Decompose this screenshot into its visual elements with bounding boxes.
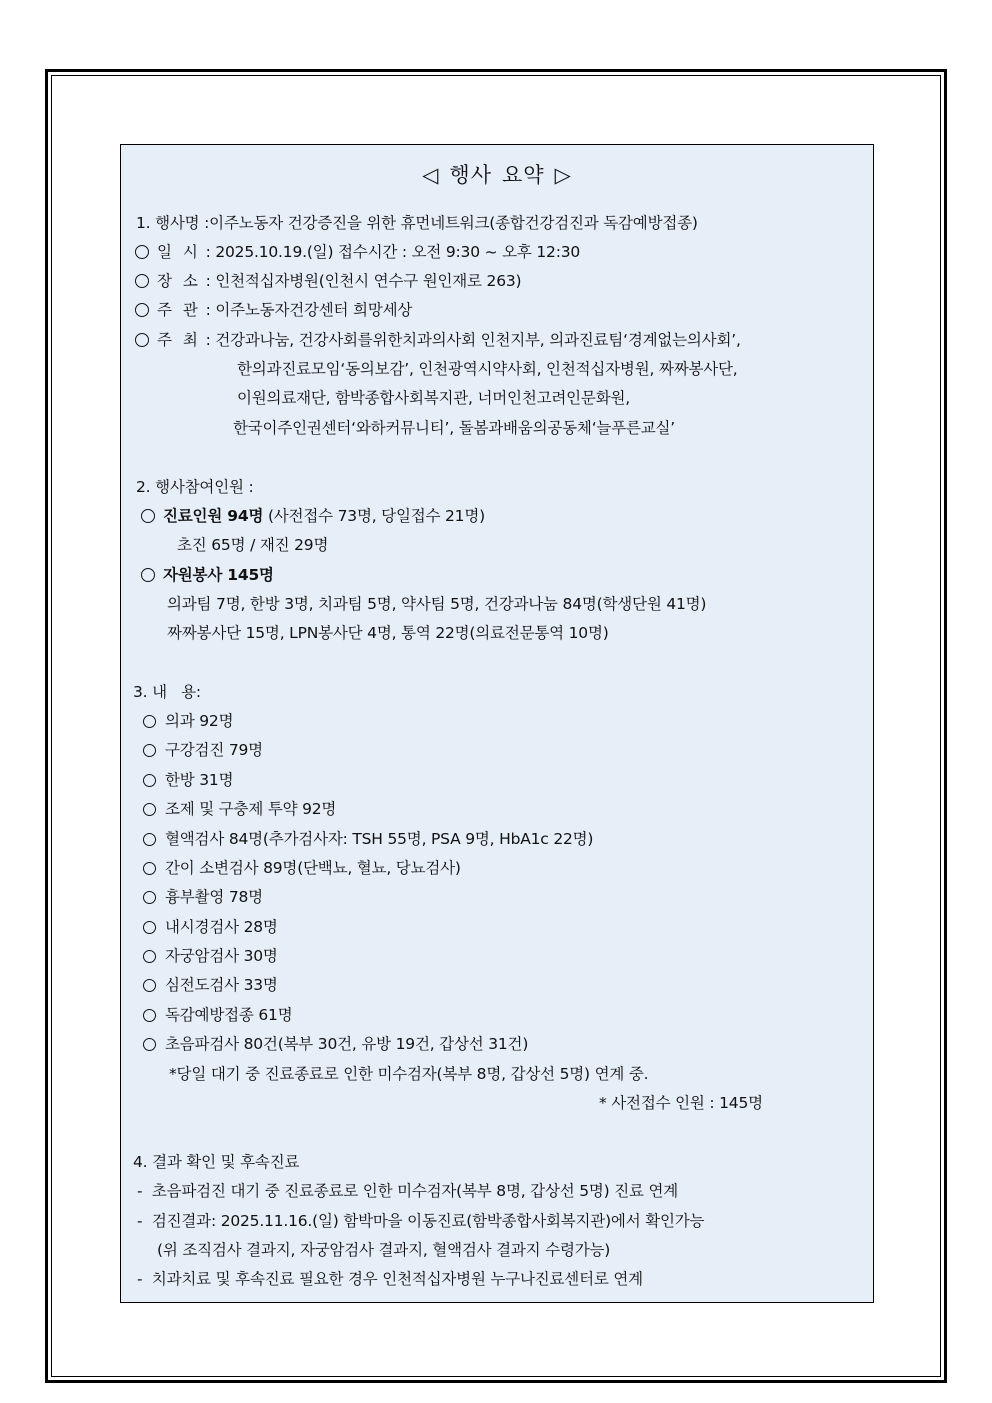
circle-bullet-icon (141, 568, 155, 582)
hosts-line-2: 한의과진료모임‘동의보감’, 인천광역시약사회, 인천적십자병원, 짜짜봉사단, (237, 359, 738, 379)
circle-bullet-icon (143, 891, 156, 904)
volunteers-row: 자원봉사 145명 (141, 565, 274, 585)
circle-bullet-icon (135, 303, 149, 317)
content-item: 흉부촬영 78명 (143, 887, 263, 907)
circle-bullet-icon (143, 1038, 156, 1051)
patients-total: 진료인원 94명 (163, 507, 263, 525)
patients-sub: 초진 65명 / 재진 29명 (177, 535, 328, 555)
content-item: 간이 소변검사 89명(단백뇨, 혈뇨, 당뇨검사) (143, 858, 461, 878)
preregistration-footnote: * 사전접수 인원 : 145명 (599, 1093, 763, 1113)
content-item-text: 내시경검사 28명 (165, 918, 278, 936)
event-hosts-row: 주 최 : 건강과나눔, 건강사회를위한치과의사회 인천지부, 의과진료팀‘경계… (135, 330, 741, 350)
content-item-text: 독감예방접종 61명 (165, 1006, 292, 1024)
left-triangle-icon: ◁ (422, 163, 439, 187)
content-item-text: 간이 소변검사 89명(단백뇨, 혈뇨, 당뇨검사) (165, 859, 461, 877)
followup-line-1: - 초음파검진 대기 중 진료종료로 인한 미수검자(복부 8명, 갑상선 5명… (137, 1181, 678, 1201)
volunteers-line-2: 짜짜봉사단 15명, LPN봉사단 4명, 통역 22명(의료전문통역 10명) (167, 623, 609, 643)
organizer-value: : 이주노동자건강센터 희망세상 (206, 301, 413, 319)
hosts-label: 주 최 (157, 331, 201, 349)
content-item: 구강검진 79명 (143, 740, 263, 760)
content-item-text: 심전도검사 33명 (165, 976, 278, 994)
content-item: 초음파검사 80건(복부 30건, 유방 19건, 갑상선 31건) (143, 1034, 528, 1054)
event-venue-row: 장 소 : 인천적십자병원(인천시 연수구 원인재로 263) (135, 271, 521, 291)
organizer-label: 주 관 (157, 301, 201, 319)
content-item: 의과 92명 (143, 711, 233, 731)
content-item: 자궁암검사 30명 (143, 946, 278, 966)
circle-bullet-icon (143, 862, 156, 875)
circle-bullet-icon (143, 744, 156, 757)
right-triangle-icon: ▷ (555, 163, 572, 187)
title-word-1: 행사 (449, 163, 492, 187)
event-organizer-row: 주 관 : 이주노동자건강센터 희망세상 (135, 300, 412, 320)
volunteers-line-1: 의과팀 7명, 한방 3명, 치과팀 5명, 약사팀 5명, 건강과나눔 84명… (167, 594, 706, 614)
circle-bullet-icon (143, 921, 156, 934)
date-value: : 2025.10.19.(일) 접수시간 : 오전 9:30 ~ 오후 12:… (206, 243, 580, 261)
section2-heading: 2. 행사참여인원 : (136, 477, 254, 497)
content-item: 내시경검사 28명 (143, 917, 278, 937)
patients-detail: (사전접수 73명, 당일접수 21명) (263, 507, 485, 525)
event-summary-box: ◁행사요약▷ 1. 행사명 :이주노동자 건강증진을 위한 휴먼네트워크(종합건… (120, 144, 874, 1303)
date-label: 일 시 (157, 243, 201, 261)
summary-title: ◁행사요약▷ (121, 159, 873, 189)
circle-bullet-icon (143, 950, 156, 963)
circle-bullet-icon (143, 803, 156, 816)
content-item-text: 혈액검사 84명(추가검사자: TSH 55명, PSA 9명, HbA1c 2… (165, 830, 593, 848)
ultrasound-note: *당일 대기 중 진료종료로 인한 미수검자(복부 8명, 갑상선 5명) 연계… (169, 1064, 648, 1084)
circle-bullet-icon (143, 979, 156, 992)
hosts-line-3: 이원의료재단, 함박종합사회복지관, 너머인천고려인문화원, (237, 388, 630, 408)
venue-label: 장 소 (157, 272, 201, 290)
circle-bullet-icon (135, 333, 149, 347)
content-item-text: 흉부촬영 78명 (165, 888, 263, 906)
content-item: 조제 및 구충제 투약 92명 (143, 799, 336, 819)
circle-bullet-icon (135, 274, 149, 288)
circle-bullet-icon (143, 774, 156, 787)
circle-bullet-icon (143, 1009, 156, 1022)
circle-bullet-icon (135, 245, 149, 259)
content-item-text: 한방 31명 (165, 771, 233, 789)
content-item-text: 초음파검사 80건(복부 30건, 유방 19건, 갑상선 31건) (165, 1035, 528, 1053)
followup-line-2: - 검진결과: 2025.11.16.(일) 함박마을 이동진료(함박종합사회복… (137, 1211, 704, 1231)
venue-value: : 인천적십자병원(인천시 연수구 원인재로 263) (206, 272, 522, 290)
section1-heading: 1. 행사명 :이주노동자 건강증진을 위한 휴먼네트워크(종합건강검진과 독감… (136, 213, 698, 233)
content-item-text: 의과 92명 (165, 712, 233, 730)
circle-bullet-icon (143, 715, 156, 728)
circle-bullet-icon (143, 833, 156, 846)
volunteers-total: 자원봉사 145명 (163, 566, 274, 584)
followup-line-3: (위 조직검사 결과지, 자궁암검사 결과지, 혈액검사 결과지 수령가능) (157, 1240, 610, 1260)
circle-bullet-icon (141, 509, 155, 523)
hosts-line-1: : 건강과나눔, 건강사회를위한치과의사회 인천지부, 의과진료팀‘경계없는의사… (206, 331, 741, 349)
content-item: 심전도검사 33명 (143, 975, 278, 995)
content-item-text: 구강검진 79명 (165, 741, 263, 759)
section3-heading: 3. 내 용: (133, 682, 201, 702)
content-item: 한방 31명 (143, 770, 233, 790)
content-item: 독감예방접종 61명 (143, 1005, 292, 1025)
title-word-2: 요약 (502, 163, 545, 187)
followup-line-4: - 치과치료 및 후속진료 필요한 경우 인천적십자병원 누구나진료센터로 연계 (137, 1269, 643, 1289)
section4-heading: 4. 결과 확인 및 후속진료 (133, 1152, 299, 1172)
content-item: 혈액검사 84명(추가검사자: TSH 55명, PSA 9명, HbA1c 2… (143, 829, 593, 849)
patients-row: 진료인원 94명 (사전접수 73명, 당일접수 21명) (141, 506, 485, 526)
event-date-row: 일 시 : 2025.10.19.(일) 접수시간 : 오전 9:30 ~ 오후… (135, 242, 580, 262)
content-item-text: 조제 및 구충제 투약 92명 (165, 800, 336, 818)
hosts-line-4: 한국이주인권센터‘와하커뮤니티’, 돌봄과배움의공동체‘늘푸른교실’ (233, 418, 675, 438)
content-item-text: 자궁암검사 30명 (165, 947, 278, 965)
